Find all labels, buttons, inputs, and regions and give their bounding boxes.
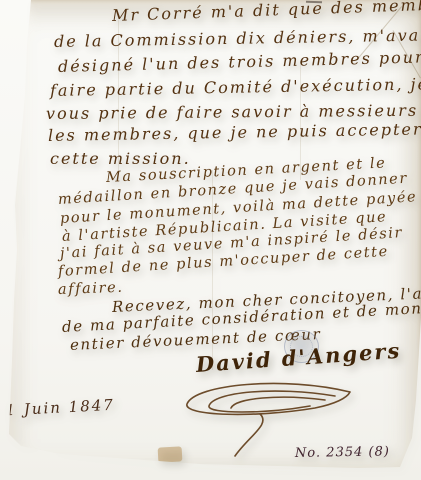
letter-paper: Mr Corré m'a dit que des membres de la C… [0, 0, 421, 480]
paper-shadow: Mr Corré m'a dit que des membres de la C… [0, 0, 421, 480]
catalog-number: No. 2354 (8) [295, 444, 390, 461]
handwritten-line: Mr Corré m'a dit que des membres [112, 0, 421, 25]
handwritten-line: les membres, que je ne puis accepter [48, 119, 421, 145]
handwritten-line: désigné l'un des trois membres pour [58, 47, 421, 76]
handwritten-line: cette mission. [50, 149, 191, 168]
handwritten-line: faire partie du Comité d'exécution, je [50, 74, 421, 100]
date-line: 11 Juin 1847 [0, 396, 115, 420]
handwritten-line: affaire. [58, 280, 124, 298]
scanned-letter-page: Mr Corré m'a dit que des membres de la C… [0, 0, 421, 480]
